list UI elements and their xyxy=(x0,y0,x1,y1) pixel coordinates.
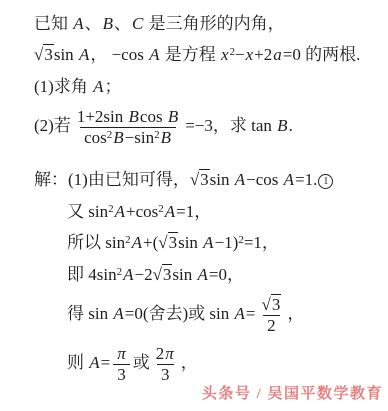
solution-line-2: 又 sin2A+cos2A=1， xyxy=(67,201,382,223)
watermark: 头条号 / 吴国平数学教育 xyxy=(202,382,383,403)
problem-line-part1: (1)求角 A； xyxy=(34,76,382,98)
solution-line-1: 解：(1)由已知可得，√3sin A−cos A=1.1 xyxy=(34,169,382,191)
solution-line-3: 所以 sin2A+(√3sin A−1)2=1， xyxy=(67,232,382,254)
solution-line-6: 则 A=π3或2π3， xyxy=(67,344,382,384)
solution-line-5: 得 sin A=0(舍去)或 sin A=√32， xyxy=(67,295,382,335)
problem-line-equation-roots: √3sin A， −cos A 是方程 x2−x+2a=0 的两根. xyxy=(34,44,382,66)
problem-line-given: 已知 A、B、C 是三角形的内角， xyxy=(34,13,382,35)
problem-line-part2: (2)若1+2sin Bcos Bcos2B−sin2B=−3，求 tan B. xyxy=(34,107,382,147)
solution-section: 解：(1)由已知可得，√3sin A−cos A=1.1 又 sin2A+cos… xyxy=(34,169,382,384)
solution-line-4: 即 4sin2A−2√3sin A=0， xyxy=(67,264,382,286)
math-document: 已知 A、B、C 是三角形的内角， √3sin A， −cos A 是方程 x2… xyxy=(0,0,388,384)
